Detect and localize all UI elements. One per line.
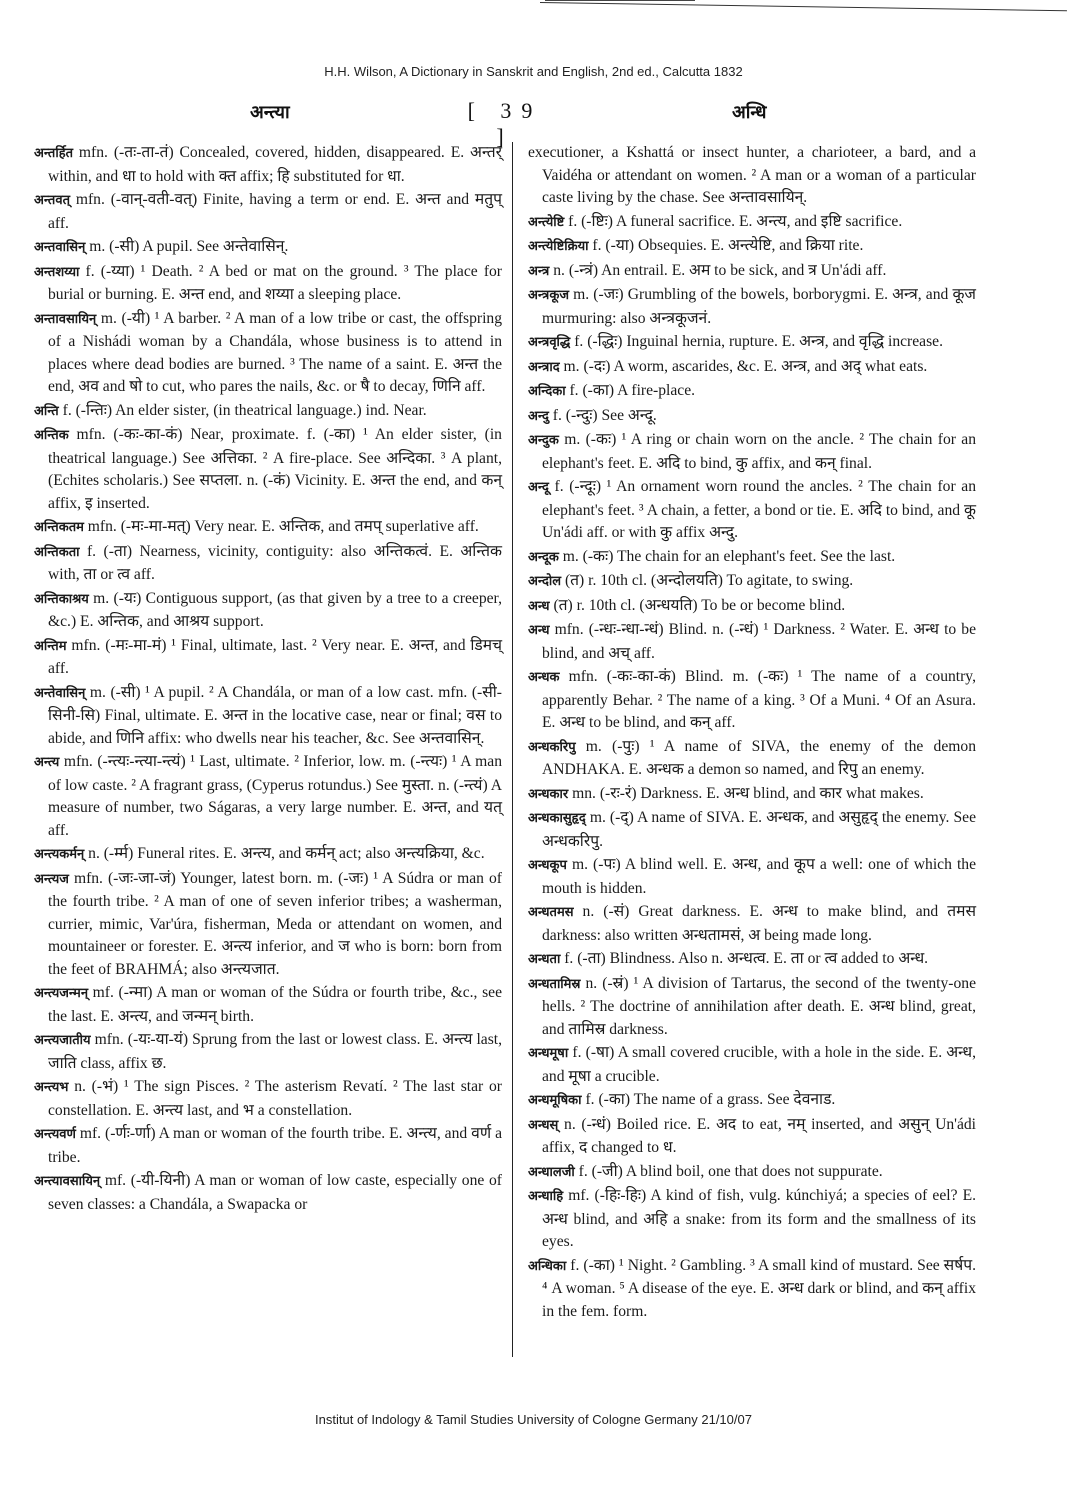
entry-definition: f. (-या) Obsequies. E. अन्त्येष्टि, and …: [592, 237, 863, 254]
entry-headword: अन्तिकतम: [34, 520, 84, 535]
entry-headword: अन्तिकता: [34, 545, 79, 560]
entry-definition: n. (-सं) Great darkness. E. अन्ध to make…: [542, 903, 976, 944]
entry-definition: mfn. (-न्त्यः-न्त्या-न्त्यं) ¹ Last, ult…: [48, 753, 502, 839]
entry-definition: m. (-पुः) ¹ A name of SIVA, the enemy of…: [542, 738, 976, 779]
entry-headword: अन्तिक: [34, 428, 69, 443]
entry-definition: mn. (-रः-रं) Darkness. E. अन्ध blind, an…: [572, 785, 924, 802]
dictionary-entry: अन्धक mfn. (-कः-का-कं) Blind. m. (-कः) ¹…: [528, 666, 976, 735]
entry-definition: m. (-जः) Grumbling of the bowels, borbor…: [542, 286, 976, 327]
entry-headword: अन्धकार: [528, 787, 568, 802]
entry-headword: अन्धतामिस्र: [528, 977, 580, 992]
entry-headword: अन्तेवासिन्: [34, 686, 85, 701]
entry-headword: अन्धतमस: [528, 905, 574, 920]
entry-definition: mfn. (-यः-या-यं) Sprung from the last or…: [48, 1031, 502, 1072]
dictionary-entry: अन्त्रकूज m. (-जः) Grumbling of the bowe…: [528, 284, 976, 330]
entry-headword: अन्धता: [528, 952, 560, 967]
entry-definition: m. (-द्) A name of SIVA. E. अन्धक, and अ…: [542, 809, 976, 850]
entry-definition: mf. (-न्मा) A man or woman of the Súdra …: [48, 984, 502, 1025]
dictionary-entry: अन्ध (त) r. 10th cl. (अन्धयति) To be or …: [528, 595, 976, 619]
dictionary-entry: अन्धस् n. (-न्धं) Boiled rice. E. अद to …: [528, 1114, 976, 1160]
dictionary-entry: अन्दुक m. (-कः) ¹ A ring or chain worn o…: [528, 429, 976, 475]
entry-headword: अन्ति: [34, 404, 59, 419]
entry-headword: अन्धकासुहृद्: [528, 811, 586, 826]
entry-headword: अन्त्येष्टि: [528, 215, 564, 230]
entry-headword: अन्दूक: [528, 550, 559, 565]
entry-headword: अन्त्येष्टिक्रिया: [528, 239, 588, 254]
dictionary-entry: अन्धतामिस्र n. (-स्रं) ¹ A division of T…: [528, 973, 976, 1042]
entry-definition: mfn. (-तः-ता-तं) Concealed, covered, hid…: [48, 144, 502, 185]
entry-definition: n. (-र्म्म) Funeral rites. E. अन्त्य, an…: [88, 845, 485, 862]
entry-headword: अन्तिम: [34, 639, 67, 654]
dictionary-entry: अन्त्यजन्मन् mf. (-न्मा) A man or woman …: [34, 982, 502, 1028]
entry-definition: mfn. (-न्धः-न्धा-न्धं) Blind. n. (-न्धं)…: [542, 621, 976, 662]
entry-definition: executioner, a Kshattá or insect hunter,…: [528, 144, 976, 206]
entry-headword: अन्दुक: [528, 433, 559, 448]
dictionary-entry: अन्त्र n. (-न्त्रं) An entrail. E. अम to…: [528, 260, 976, 284]
dictionary-entry: अन्त्यकर्मन् n. (-र्म्म) Funeral rites. …: [34, 843, 502, 867]
entry-definition: f. (-का) A fire-place.: [569, 382, 695, 399]
running-head-left: अन्त्या: [250, 100, 290, 124]
entry-headword: अन्त्राद: [528, 360, 560, 375]
entry-definition: (त) r. 10th cl. (अन्दोलयति) To agitate, …: [565, 572, 853, 589]
dictionary-entry: अन्तिकता f. (-ता) Nearness, vicinity, co…: [34, 541, 502, 587]
dictionary-entry: अन्ध mfn. (-न्धः-न्धा-न्धं) Blind. n. (-…: [528, 619, 976, 665]
dictionary-entry: अन्तिकतम mfn. (-मः-मा-मत्) Very near. E.…: [34, 516, 502, 540]
entry-headword: अन्धस्: [528, 1118, 558, 1133]
dictionary-entry: अन्त्येष्टिक्रिया f. (-या) Obsequies. E.…: [528, 235, 976, 259]
dictionary-entry: अन्धमूषा f. (-षा) A small covered crucib…: [528, 1042, 976, 1088]
entry-definition: f. (-ता) Nearness, vicinity, contiguity:…: [48, 543, 502, 584]
source-citation: H.H. Wilson, A Dictionary in Sanskrit an…: [0, 64, 1067, 79]
dictionary-entry: अन्धाहि mf. (-हिः-हिः) A kind of fish, v…: [528, 1185, 976, 1254]
dictionary-entry: अन्दू f. (-न्दूः) ¹ An ornament worn rou…: [528, 476, 976, 545]
entry-definition: n. (-स्रं) ¹ A division of Tartarus, the…: [542, 975, 976, 1038]
entry-definition: m. (-पः) A blind well. E. अन्ध, and कूप …: [542, 856, 976, 897]
dictionary-entry: अन्धतमस n. (-सं) Great darkness. E. अन्ध…: [528, 901, 976, 947]
entry-headword: अन्त्यजातीय: [34, 1033, 91, 1048]
left-column: अन्तर्हित mfn. (-तः-ता-तं) Concealed, co…: [34, 142, 502, 1217]
entry-headword: अन्त्यकर्मन्: [34, 847, 84, 862]
entry-headword: अन्तिकाश्रय: [34, 592, 89, 607]
entry-definition: (त) r. 10th cl. (अन्धयति) To be or becom…: [553, 597, 845, 614]
dictionary-entry: अन्धकार mn. (-रः-रं) Darkness. E. अन्ध b…: [528, 783, 976, 807]
entry-definition: n. (-न्त्रं) An entrail. E. अम to be sic…: [553, 262, 886, 279]
dictionary-entry: अन्दूक m. (-कः) The chain for an elephan…: [528, 546, 976, 570]
dictionary-entry: अन्त्यवर्ण mf. (-र्णः-र्णा) A man or wom…: [34, 1123, 502, 1169]
entry-definition: f. (-का) The name of a grass. See देवनाड…: [585, 1091, 835, 1108]
dictionary-entry: अन्तिकाश्रय m. (-यः) Contiguous support,…: [34, 588, 502, 634]
dictionary-entry: अन्दोल (त) r. 10th cl. (अन्दोलयति) To ag…: [528, 570, 976, 594]
entry-headword: अन्धकरिपु: [528, 740, 576, 755]
dictionary-entry: अन्दु f. (-न्दुः) See अन्दू.: [528, 405, 976, 429]
entry-definition: m. (-सी) A pupil. See अन्तेवासिन्.: [89, 238, 288, 255]
entry-definition: mf. (-र्णः-र्णा) A man or woman of the f…: [48, 1125, 502, 1166]
dictionary-entry: अन्त्यभ n. (-भं) ¹ The sign Pisces. ² Th…: [34, 1076, 502, 1122]
dictionary-entry: अन्तिक mfn. (-कः-का-कं) Near, proximate.…: [34, 424, 502, 515]
entry-headword: अन्त्रकूज: [528, 288, 569, 303]
dictionary-entry: अन्धमूषिका f. (-का) The name of a grass.…: [528, 1089, 976, 1113]
dictionary-entry: अन्त्यावसायिन् mf. (-यी-यिनी) A man or w…: [34, 1170, 502, 1216]
footer-credit: Institut of Indology & Tamil Studies Uni…: [0, 1412, 1067, 1427]
entry-headword: अन्तवत्: [34, 193, 70, 208]
dictionary-entry: अन्त्राद m. (-दः) A worm, ascarides, &c.…: [528, 356, 976, 380]
dictionary-entry: अन्धालजी f. (-जी) A blind boil, one that…: [528, 1161, 976, 1185]
dictionary-entry: अन्धता f. (-ता) Blindness. Also n. अन्धत…: [528, 948, 976, 972]
entry-definition: mfn. (-कः-का-कं) Near, proximate. f. (-क…: [48, 426, 502, 512]
entry-headword: अन्तवासिन्: [34, 240, 85, 255]
dictionary-entry: अन्धकरिपु m. (-पुः) ¹ A name of SIVA, th…: [528, 736, 976, 782]
dictionary-entry: अन्तशय्या f. (-य्या) ¹ Death. ² A bed or…: [34, 261, 502, 307]
entry-headword: अन्धमूषिका: [528, 1093, 582, 1108]
entry-definition: f. (-जी) A blind boil, one that does not…: [579, 1163, 883, 1180]
dictionary-entry: अन्धकूप m. (-पः) A blind well. E. अन्ध, …: [528, 854, 976, 900]
dictionary-entry: अन्ति f. (-न्तिः) An elder sister, (in t…: [34, 400, 502, 424]
dictionary-entry: अन्त्यजातीय mfn. (-यः-या-यं) Sprung from…: [34, 1029, 502, 1075]
entry-headword: अन्दिका: [528, 384, 566, 399]
entry-definition: mfn. (-मः-मा-मत्) Very near. E. अन्तिक, …: [88, 518, 479, 535]
entry-definition: n. (-न्धं) Boiled rice. E. अद to eat, नम…: [542, 1116, 976, 1157]
entry-definition: f. (-का) ¹ Night. ² Gambling. ³ A small …: [542, 1257, 976, 1320]
entry-headword: अन्धालजी: [528, 1165, 575, 1180]
entry-headword: अन्धिका: [528, 1259, 566, 1274]
entry-headword: अन्तावसायिन्: [34, 312, 96, 327]
entry-headword: अन्त्रवृद्धि: [528, 335, 570, 350]
entry-headword: अन्तशय्या: [34, 265, 79, 280]
entry-definition: f. (-ता) Blindness. Also n. अन्धत्व. E. …: [564, 950, 928, 967]
entry-headword: अन्ध: [528, 599, 550, 614]
dictionary-entry: अन्त्यज mfn. (-जः-जा-जं) Younger, latest…: [34, 868, 502, 982]
entry-definition: f. (-षा) A small covered crucible, with …: [542, 1044, 976, 1085]
dictionary-entry: अन्तेवासिन् m. (-सी) ¹ A pupil. ² A Chan…: [34, 682, 502, 751]
entry-definition: m. (-सी) ¹ A pupil. ² A Chandála, or man…: [48, 684, 502, 747]
dictionary-entry: अन्दिका f. (-का) A fire-place.: [528, 380, 976, 404]
entry-definition: mfn. (-कः-का-कं) Blind. m. (-कः) ¹ The n…: [542, 668, 976, 731]
entry-definition: mfn. (-वान्-वती-वत्) Finite, having a te…: [48, 191, 502, 232]
entry-definition: f. (-न्दुः) See अन्दू.: [553, 407, 657, 424]
entry-definition: f. (-द्धिः) Inguinal hernia, rupture. E.…: [574, 333, 943, 350]
entry-headword: अन्धकूप: [528, 858, 567, 873]
dictionary-entry: अन्तवासिन् m. (-सी) A pupil. See अन्तेवा…: [34, 236, 502, 260]
scan-edge-line: [545, 0, 695, 1]
dictionary-entry: executioner, a Kshattá or insect hunter,…: [528, 142, 976, 210]
entry-headword: अन्त्यजन्मन्: [34, 986, 88, 1001]
entry-definition: f. (-य्या) ¹ Death. ² A bed or mat on th…: [48, 263, 502, 304]
entry-definition: mfn. (-जः-जा-जं) Younger, latest born. m…: [48, 870, 502, 978]
entry-headword: अन्दू: [528, 480, 549, 495]
dictionary-entry: अन्त्रवृद्धि f. (-द्धिः) Inguinal hernia…: [528, 331, 976, 355]
entry-headword: अन्ध: [528, 623, 550, 638]
running-head-right: अन्धि: [732, 100, 766, 124]
entry-headword: अन्त्यवर्ण: [34, 1127, 76, 1142]
entry-headword: अन्त्यभ: [34, 1080, 68, 1095]
dictionary-entry: अन्धकासुहृद् m. (-द्) A name of SIVA. E.…: [528, 807, 976, 853]
entry-headword: अन्त्यज: [34, 872, 69, 887]
column-divider: [512, 142, 513, 1357]
dictionary-entry: अन्तर्हित mfn. (-तः-ता-तं) Concealed, co…: [34, 142, 502, 188]
dictionary-entry: अन्धिका f. (-का) ¹ Night. ² Gambling. ³ …: [528, 1255, 976, 1324]
dictionary-entry: अन्तिम mfn. (-मः-मा-मं) ¹ Final, ultimat…: [34, 635, 502, 681]
entry-definition: m. (-कः) The chain for an elephant's fee…: [563, 548, 895, 565]
entry-headword: अन्धाहि: [528, 1189, 563, 1204]
entry-definition: mf. (-यी-यिनी) A man or woman of low cas…: [48, 1172, 502, 1213]
entry-definition: m. (-कः) ¹ A ring or chain worn on the a…: [542, 431, 976, 472]
entry-headword: अन्धमूषा: [528, 1046, 568, 1061]
dictionary-entry: अन्तावसायिन् m. (-यी) ¹ A barber. ² A ma…: [34, 308, 502, 399]
entry-definition: m. (-यः) Contiguous support, (as that gi…: [48, 590, 502, 631]
entry-headword: अन्त्र: [528, 264, 549, 279]
dictionary-entry: अन्त्येष्टि f. (-ष्टिः) A funeral sacrif…: [528, 211, 976, 235]
entry-headword: अन्दोल: [528, 574, 561, 589]
entry-definition: mfn. (-मः-मा-मं) ¹ Final, ultimate, last…: [48, 637, 502, 678]
entry-headword: अन्दु: [528, 409, 549, 424]
entry-headword: अन्त्य: [34, 755, 59, 770]
dictionary-entry: अन्त्य mfn. (-न्त्यः-न्त्या-न्त्यं) ¹ La…: [34, 751, 502, 842]
entry-definition: n. (-भं) ¹ The sign Pisces. ² The asteri…: [48, 1078, 502, 1119]
entry-definition: m. (-यी) ¹ A barber. ² A man of a low tr…: [48, 310, 502, 396]
entry-headword: अन्धक: [528, 670, 560, 685]
dictionary-entry: अन्तवत् mfn. (-वान्-वती-वत्) Finite, hav…: [34, 189, 502, 235]
entry-headword: अन्तर्हित: [34, 146, 73, 161]
entry-definition: mf. (-हिः-हिः) A kind of fish, vulg. kún…: [542, 1187, 976, 1250]
entry-definition: m. (-दः) A worm, ascarides, &c. E. अन्त्…: [564, 358, 928, 375]
right-column: executioner, a Kshattá or insect hunter,…: [528, 142, 976, 1324]
scan-edge-line: [540, 2, 1067, 11]
entry-definition: f. (-ष्टिः) A funeral sacrifice. E. अन्त…: [568, 213, 902, 230]
entry-headword: अन्त्यावसायिन्: [34, 1174, 100, 1189]
entry-definition: f. (-न्दूः) ¹ An ornament worn round the…: [542, 478, 976, 541]
entry-definition: f. (-न्तिः) An elder sister, (in theatri…: [63, 402, 427, 419]
